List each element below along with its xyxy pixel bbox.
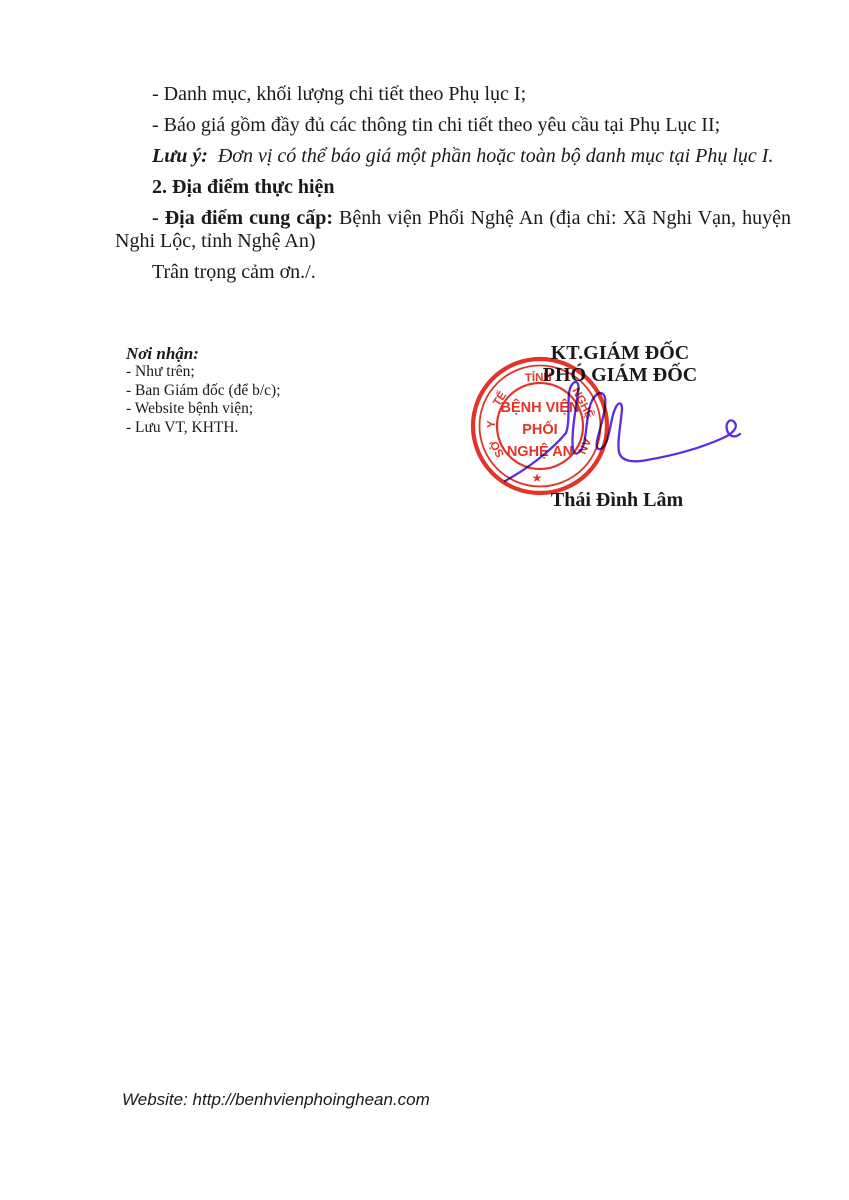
paragraph-location: - Địa điểm cung cấp:Bệnh viện Phổi Nghệ … bbox=[115, 207, 791, 253]
section-heading: 2. Địa điểm thực hiện bbox=[115, 176, 791, 199]
recipient-item: - Website bệnh viện; bbox=[126, 400, 366, 419]
location-label: - Địa điểm cung cấp: bbox=[152, 207, 333, 229]
note-text: Đơn vị có thể báo giá một phần hoặc toàn… bbox=[218, 145, 774, 167]
recipient-item: - Như trên; bbox=[126, 363, 366, 382]
footer-website: Website: http://benhvienphoinghean.com bbox=[122, 1090, 430, 1110]
recipients-label: Nơi nhận: bbox=[126, 344, 366, 363]
paragraph-closing: Trân trọng cảm ơn./. bbox=[115, 261, 791, 284]
recipient-item: - Lưu VT, KHTH. bbox=[126, 419, 366, 438]
recipients-block: Nơi nhận: - Như trên; - Ban Giám đốc (để… bbox=[126, 344, 366, 437]
note-label: Lưu ý: bbox=[152, 145, 208, 167]
recipient-item: - Ban Giám đốc (để b/c); bbox=[126, 382, 366, 401]
document-body: - Danh mục, khối lượng chi tiết theo Phụ… bbox=[115, 83, 791, 292]
document-page: - Danh mục, khối lượng chi tiết theo Phụ… bbox=[0, 0, 849, 1200]
paragraph-danh-muc: - Danh mục, khối lượng chi tiết theo Phụ… bbox=[115, 83, 791, 106]
paragraph-note: Lưu ý:Đơn vị có thể báo giá một phần hoặ… bbox=[115, 145, 791, 168]
paragraph-bao-gia: - Báo giá gồm đầy đủ các thông tin chi t… bbox=[115, 114, 791, 137]
signature-scribble bbox=[440, 340, 760, 510]
signature-stroke bbox=[505, 382, 740, 481]
